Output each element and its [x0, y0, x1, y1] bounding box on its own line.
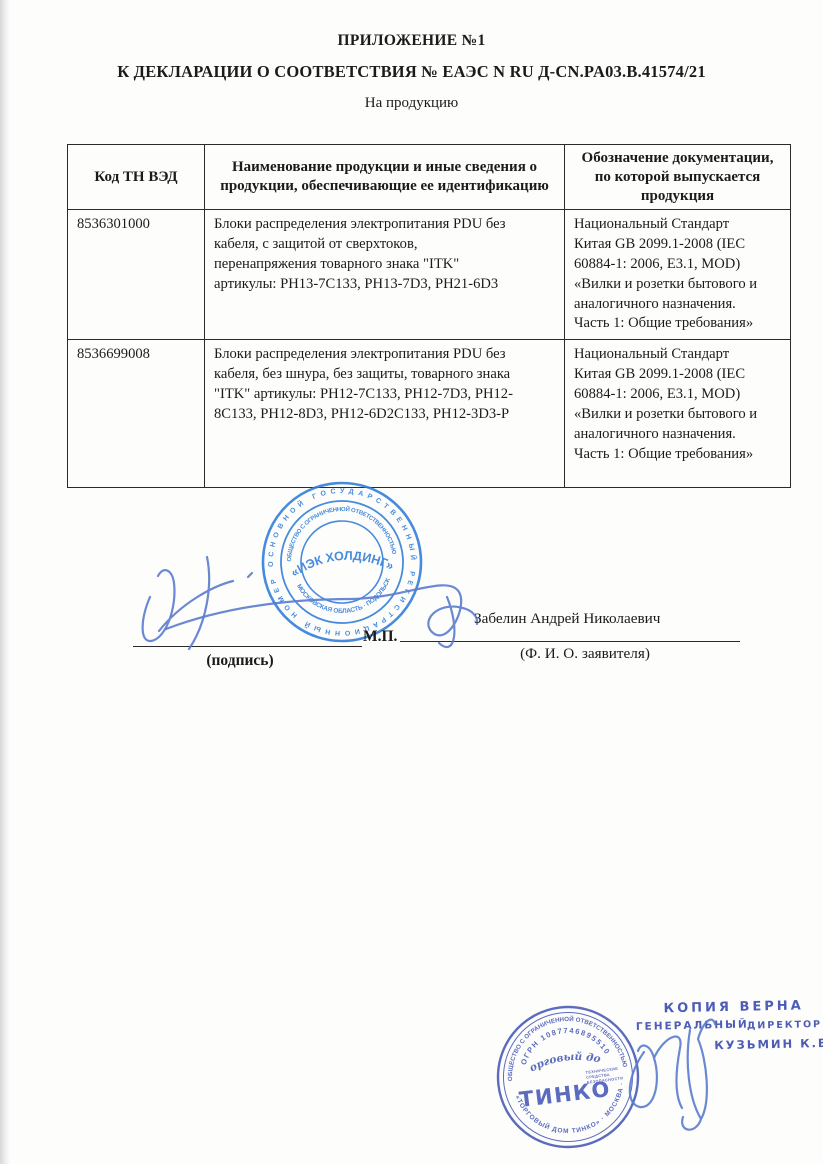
declaration-number-line: К ДЕКЛАРАЦИИ О СООТВЕТСТВИЯ № ЕАЭС N RU … [0, 62, 823, 82]
table-row: 8536301000 Блоки распределения электропи… [68, 210, 791, 340]
product-line: На продукцию [0, 95, 823, 112]
applicant-name-line [400, 641, 740, 642]
applicant-signature-ink [143, 557, 252, 649]
copy-verna-line: КОПИЯ ВЕРНА [663, 998, 804, 1016]
products-table: Код ТН ВЭД Наименование продукции и иные… [67, 144, 791, 488]
cell-doc-1: Национальный Стандарт Китая GB 2099.1-20… [565, 210, 791, 340]
appendix-title: ПРИЛОЖЕНИЕ №1 [0, 32, 823, 50]
cell-name-2: Блоки распределения электропитания PDU б… [205, 340, 565, 488]
scan-edge-shadow [0, 0, 10, 1164]
signature-caption: (подпись) [160, 652, 320, 670]
general-title-label: ГЕНЕРАЛЬНЫЙ [636, 1019, 749, 1033]
col-header-doc: Обозначение документации, по которой вып… [565, 145, 791, 210]
tinko-small-text: ТЕХНИЧЕСКИЕ СРЕДСТВА БЕЗОПАСНОСТИ [585, 1066, 623, 1084]
cell-code-2: 8536699008 [68, 340, 205, 488]
cell-code-1: 8536301000 [68, 210, 205, 340]
stamp-place-label: М.П. [363, 628, 397, 646]
svg-text:МОСКОВСКАЯ ОБЛАСТЬ · ПОДОЛЬСК: МОСКОВСКАЯ ОБЛАСТЬ · ПОДОЛЬСК [295, 577, 394, 619]
table-header-row: Код ТН ВЭД Наименование продукции и иные… [68, 145, 791, 210]
cell-doc-2: Национальный Стандарт Китая GB 2099.1-20… [565, 340, 791, 488]
table-row: 8536699008 Блоки распределения электропи… [68, 340, 791, 488]
director-name-label: КУЗЬМИН К.В. [714, 1036, 823, 1053]
col-header-code: Код ТН ВЭД [68, 145, 205, 210]
applicant-caption: (Ф. И. О. заявителя) [460, 645, 710, 663]
cell-name-1: Блоки распределения электропитания PDU б… [205, 210, 565, 340]
copy-verna-stamp: КОПИЯ ВЕРНА ГЕНЕРАЛЬНЫЙ ДИРЕКТОР КУЗЬМИН… [629, 996, 823, 1064]
iek-holding-stamp: ОСНОВНОЙ ГОСУДАРСТВЕННЫЙ РЕГИСТРАЦИОННЫЙ… [251, 471, 432, 652]
document-page: ПРИЛОЖЕНИЕ №1 К ДЕКЛАРАЦИИ О СООТВЕТСТВИ… [0, 0, 823, 1164]
iek-ring-bottom-text: МОСКОВСКАЯ ОБЛАСТЬ · ПОДОЛЬСК [295, 577, 394, 619]
col-header-name: Наименование продукции и иные сведения о… [205, 145, 565, 210]
tinko-stamp: ОБЩЕСТВО С ОГРАНИЧЕННОЙ ОТВЕТСТВЕННОСТЬЮ… [484, 993, 651, 1160]
director-title-label: ДИРЕКТОР [747, 1019, 822, 1032]
applicant-name: Забелин Андрей Николаевич [474, 610, 660, 628]
